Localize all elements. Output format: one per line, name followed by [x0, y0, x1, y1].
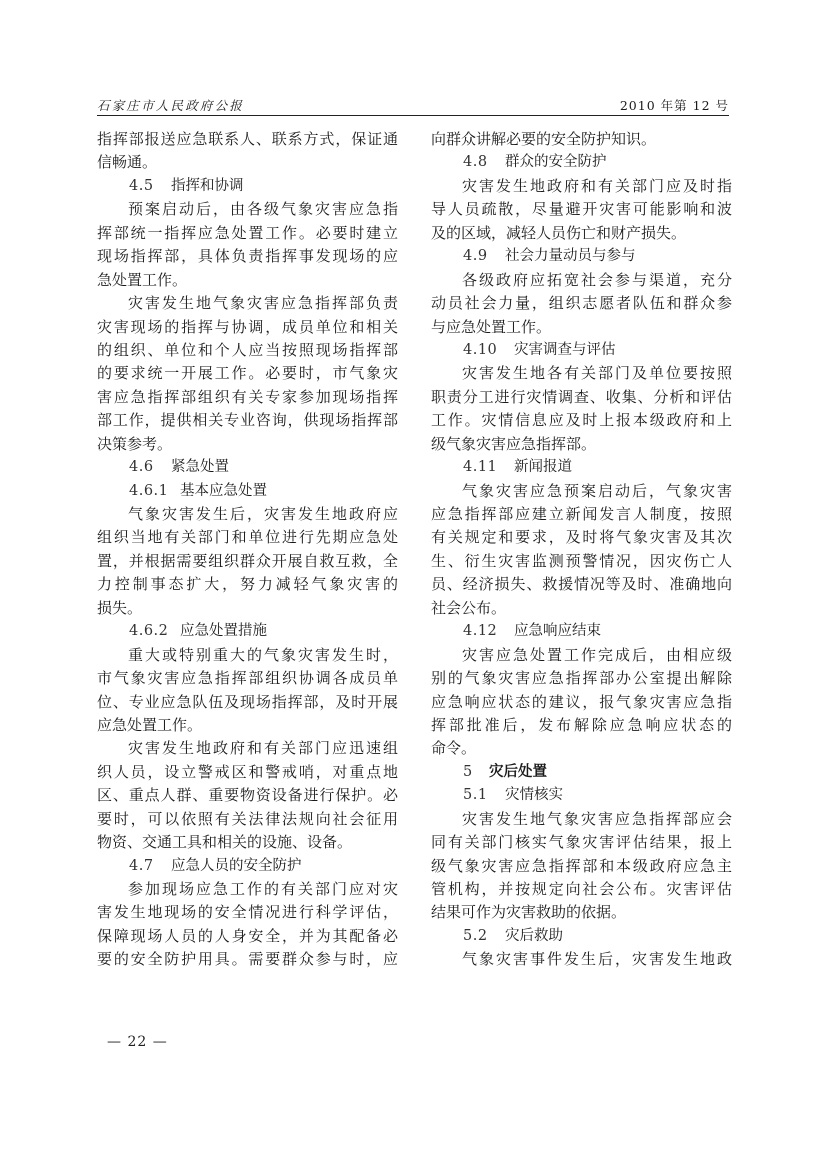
- body-text-line: 灾害发生地政府和有关部门应及时指: [431, 175, 732, 198]
- section-title: 群众的安全防护: [505, 154, 607, 170]
- body-text-line: 及的区域，减轻人员伤亡和财产损失。: [431, 222, 732, 245]
- section-heading: 5.1灾情核实: [431, 784, 732, 807]
- body-text-line: 同有关部门核实气象灾害评估结果，报上: [431, 831, 732, 854]
- header-divider: [97, 115, 729, 116]
- section-title: 灾后处置: [489, 764, 547, 780]
- body-text-line: 决策参考。: [97, 433, 398, 456]
- body-text-line: 职责分工进行灾情调查、收集、分析和评估: [431, 386, 732, 409]
- section-heading: 4.5指挥和协调: [97, 175, 398, 198]
- body-text-line: 信畅通。: [97, 151, 398, 174]
- body-text-line: 害应急指挥部组织有关专家参加现场指挥: [97, 386, 398, 409]
- body-text-line: 区、重点人群、重要物资设备进行保护。必: [97, 784, 398, 807]
- body-text-line: 工作。灾情信息应及时上报本级政府和上: [431, 409, 732, 432]
- body-text-line: 市气象灾害应急指挥部组织协调各成员单: [97, 667, 398, 690]
- left-column: 指挥部报送应急联系人、联系方式，保证通信畅通。4.5指挥和协调预案启动后，由各级…: [97, 128, 398, 972]
- section-heading: 4.11新闻报道: [431, 456, 732, 479]
- section-heading: 4.9社会力量动员与参与: [431, 245, 732, 268]
- section-title: 紧急处置: [171, 459, 229, 475]
- body-text-line: 要的安全防护用具。需要群众参与时，应: [97, 948, 398, 971]
- body-text-line: 动员社会力量，组织志愿者队伍和群众参: [431, 292, 732, 315]
- section-title: 应急响应结束: [514, 623, 601, 639]
- body-text-line: 应急处置工作。: [97, 714, 398, 737]
- body-text-line: 置，并根据需要组织群众开展自救互救，全: [97, 550, 398, 573]
- body-text-line: 灾害应急处置工作完成后，由相应级: [431, 644, 732, 667]
- section-heading: 5灾后处置: [431, 761, 732, 784]
- section-title: 基本应急处置: [180, 483, 267, 499]
- body-text-line: 害发生地现场的安全情况进行科学评估，: [97, 901, 398, 924]
- body-text-line: 命令。: [431, 737, 732, 760]
- section-title: 社会力量动员与参与: [505, 248, 636, 264]
- body-text-line: 社会公布。: [431, 597, 732, 620]
- body-text-line: 别的气象灾害应急指挥部办公室提出解除: [431, 667, 732, 690]
- body-text-line: 位、专业应急队伍及现场指挥部，及时开展: [97, 691, 398, 714]
- section-heading: 4.6.2应急处置措施: [97, 620, 398, 643]
- section-heading: 5.2灾后救助: [431, 925, 732, 948]
- body-text-line: 要时，可以依照有关法律法规向社会征用: [97, 808, 398, 831]
- body-text-line: 应急响应状态的建议，报气象灾害应急指: [431, 691, 732, 714]
- section-title: 灾情核实: [505, 787, 563, 803]
- body-text-line: 参加现场应急工作的有关部门应对灾: [97, 878, 398, 901]
- body-text-line: 保障现场人员的人身安全，并为其配备必: [97, 925, 398, 948]
- body-text-line: 部工作，提供相关专业咨询，供现场指挥部: [97, 409, 398, 432]
- body-text-line: 管机构，并按规定向社会公布。灾害评估: [431, 878, 732, 901]
- section-heading: 4.6.1基本应急处置: [97, 480, 398, 503]
- section-number: 5.1: [463, 784, 505, 807]
- body-text-line: 灾害发生地各有关部门及单位要按照: [431, 362, 732, 385]
- section-number: 4.6.1: [129, 480, 180, 503]
- section-heading: 4.10灾害调查与评估: [431, 339, 732, 362]
- section-heading: 4.8群众的安全防护: [431, 151, 732, 174]
- section-number: 4.7: [129, 855, 171, 878]
- right-column: 向群众讲解必要的安全防护知识。4.8群众的安全防护灾害发生地政府和有关部门应及时…: [431, 128, 732, 972]
- running-header: 石家庄市人民政府公报 2010 年第 12 号: [97, 96, 729, 114]
- body-text-line: 向群众讲解必要的安全防护知识。: [431, 128, 732, 151]
- section-heading: 4.12应急响应结束: [431, 620, 732, 643]
- body-text-line: 急处置工作。: [97, 269, 398, 292]
- body-text-line: 指挥部报送应急联系人、联系方式，保证通: [97, 128, 398, 151]
- section-number: 4.9: [463, 245, 505, 268]
- body-text-line: 级气象灾害应急指挥部。: [431, 433, 732, 456]
- body-text-line: 织人员，设立警戒区和警戒哨，对重点地: [97, 761, 398, 784]
- section-heading: 4.7应急人员的安全防护: [97, 855, 398, 878]
- body-text-line: 现场指挥部，具体负责指挥事发现场的应: [97, 245, 398, 268]
- body-text-line: 与应急处置工作。: [431, 316, 732, 339]
- section-title: 灾后救助: [505, 928, 563, 944]
- section-title: 灾害调查与评估: [514, 342, 616, 358]
- section-number: 4.6: [129, 456, 171, 479]
- section-number: 4.12: [463, 620, 514, 643]
- section-number: 5.2: [463, 925, 505, 948]
- section-number: 4.5: [129, 175, 171, 198]
- body-text-line: 气象灾害发生后，灾害发生地政府应: [97, 503, 398, 526]
- body-text-line: 损失。: [97, 597, 398, 620]
- section-title: 指挥和协调: [171, 178, 244, 194]
- body-text-line: 员、经济损失、救援情况等及时、准确地向: [431, 573, 732, 596]
- body-text-line: 的组织、单位和个人应当按照现场指挥部: [97, 339, 398, 362]
- section-heading: 4.6紧急处置: [97, 456, 398, 479]
- issue-number: 2010 年第 12 号: [620, 96, 729, 114]
- publication-title: 石家庄市人民政府公报: [97, 96, 244, 114]
- body-text-line: 重大或特别重大的气象灾害发生时，: [97, 644, 398, 667]
- section-title: 应急处置措施: [180, 623, 267, 639]
- body-text-line: 导人员疏散，尽量避开灾害可能影响和波: [431, 198, 732, 221]
- section-number: 4.11: [463, 456, 514, 479]
- body-text-line: 气象灾害应急预案启动后，气象灾害: [431, 480, 732, 503]
- body-text-line: 灾害发生地气象灾害应急指挥部负责: [97, 292, 398, 315]
- section-number: 4.8: [463, 151, 505, 174]
- body-text-line: 灾害发生地政府和有关部门应迅速组: [97, 737, 398, 760]
- section-number: 4.10: [463, 339, 514, 362]
- section-title: 新闻报道: [514, 459, 572, 475]
- body-text-line: 级气象灾害应急指挥部和本级政府应急主: [431, 855, 732, 878]
- body-text-line: 生、衍生灾害监测预警情况，因灾伤亡人: [431, 550, 732, 573]
- body-text-line: 挥部统一指挥应急处置工作。必要时建立: [97, 222, 398, 245]
- body-text-line: 结果可作为灾害救助的依据。: [431, 901, 732, 924]
- body-text-line: 力控制事态扩大，努力减轻气象灾害的: [97, 573, 398, 596]
- body-text-line: 物资、交通工具和相关的设施、设备。: [97, 831, 398, 854]
- body-text-line: 组织当地有关部门和单位进行先期应急处: [97, 526, 398, 549]
- section-number: 4.6.2: [129, 620, 180, 643]
- body-text-line: 挥部批准后，发布解除应急响应状态的: [431, 714, 732, 737]
- section-title: 应急人员的安全防护: [171, 858, 302, 874]
- page-number: — 22 —: [107, 1034, 168, 1050]
- body-text-line: 的要求统一开展工作。必要时，市气象灾: [97, 362, 398, 385]
- section-number: 5: [463, 761, 489, 784]
- body-text-line: 有关规定和要求，及时将气象灾害及其次: [431, 526, 732, 549]
- body-text-line: 应急指挥部应建立新闻发言人制度，按照: [431, 503, 732, 526]
- body-text-line: 预案启动后，由各级气象灾害应急指: [97, 198, 398, 221]
- body-text-line: 各级政府应拓宽社会参与渠道，充分: [431, 269, 732, 292]
- body-text-line: 灾害发生地气象灾害应急指挥部应会: [431, 808, 732, 831]
- body-text-line: 灾害现场的指挥与协调，成员单位和相关: [97, 316, 398, 339]
- body-text-line: 气象灾害事件发生后，灾害发生地政: [431, 948, 732, 971]
